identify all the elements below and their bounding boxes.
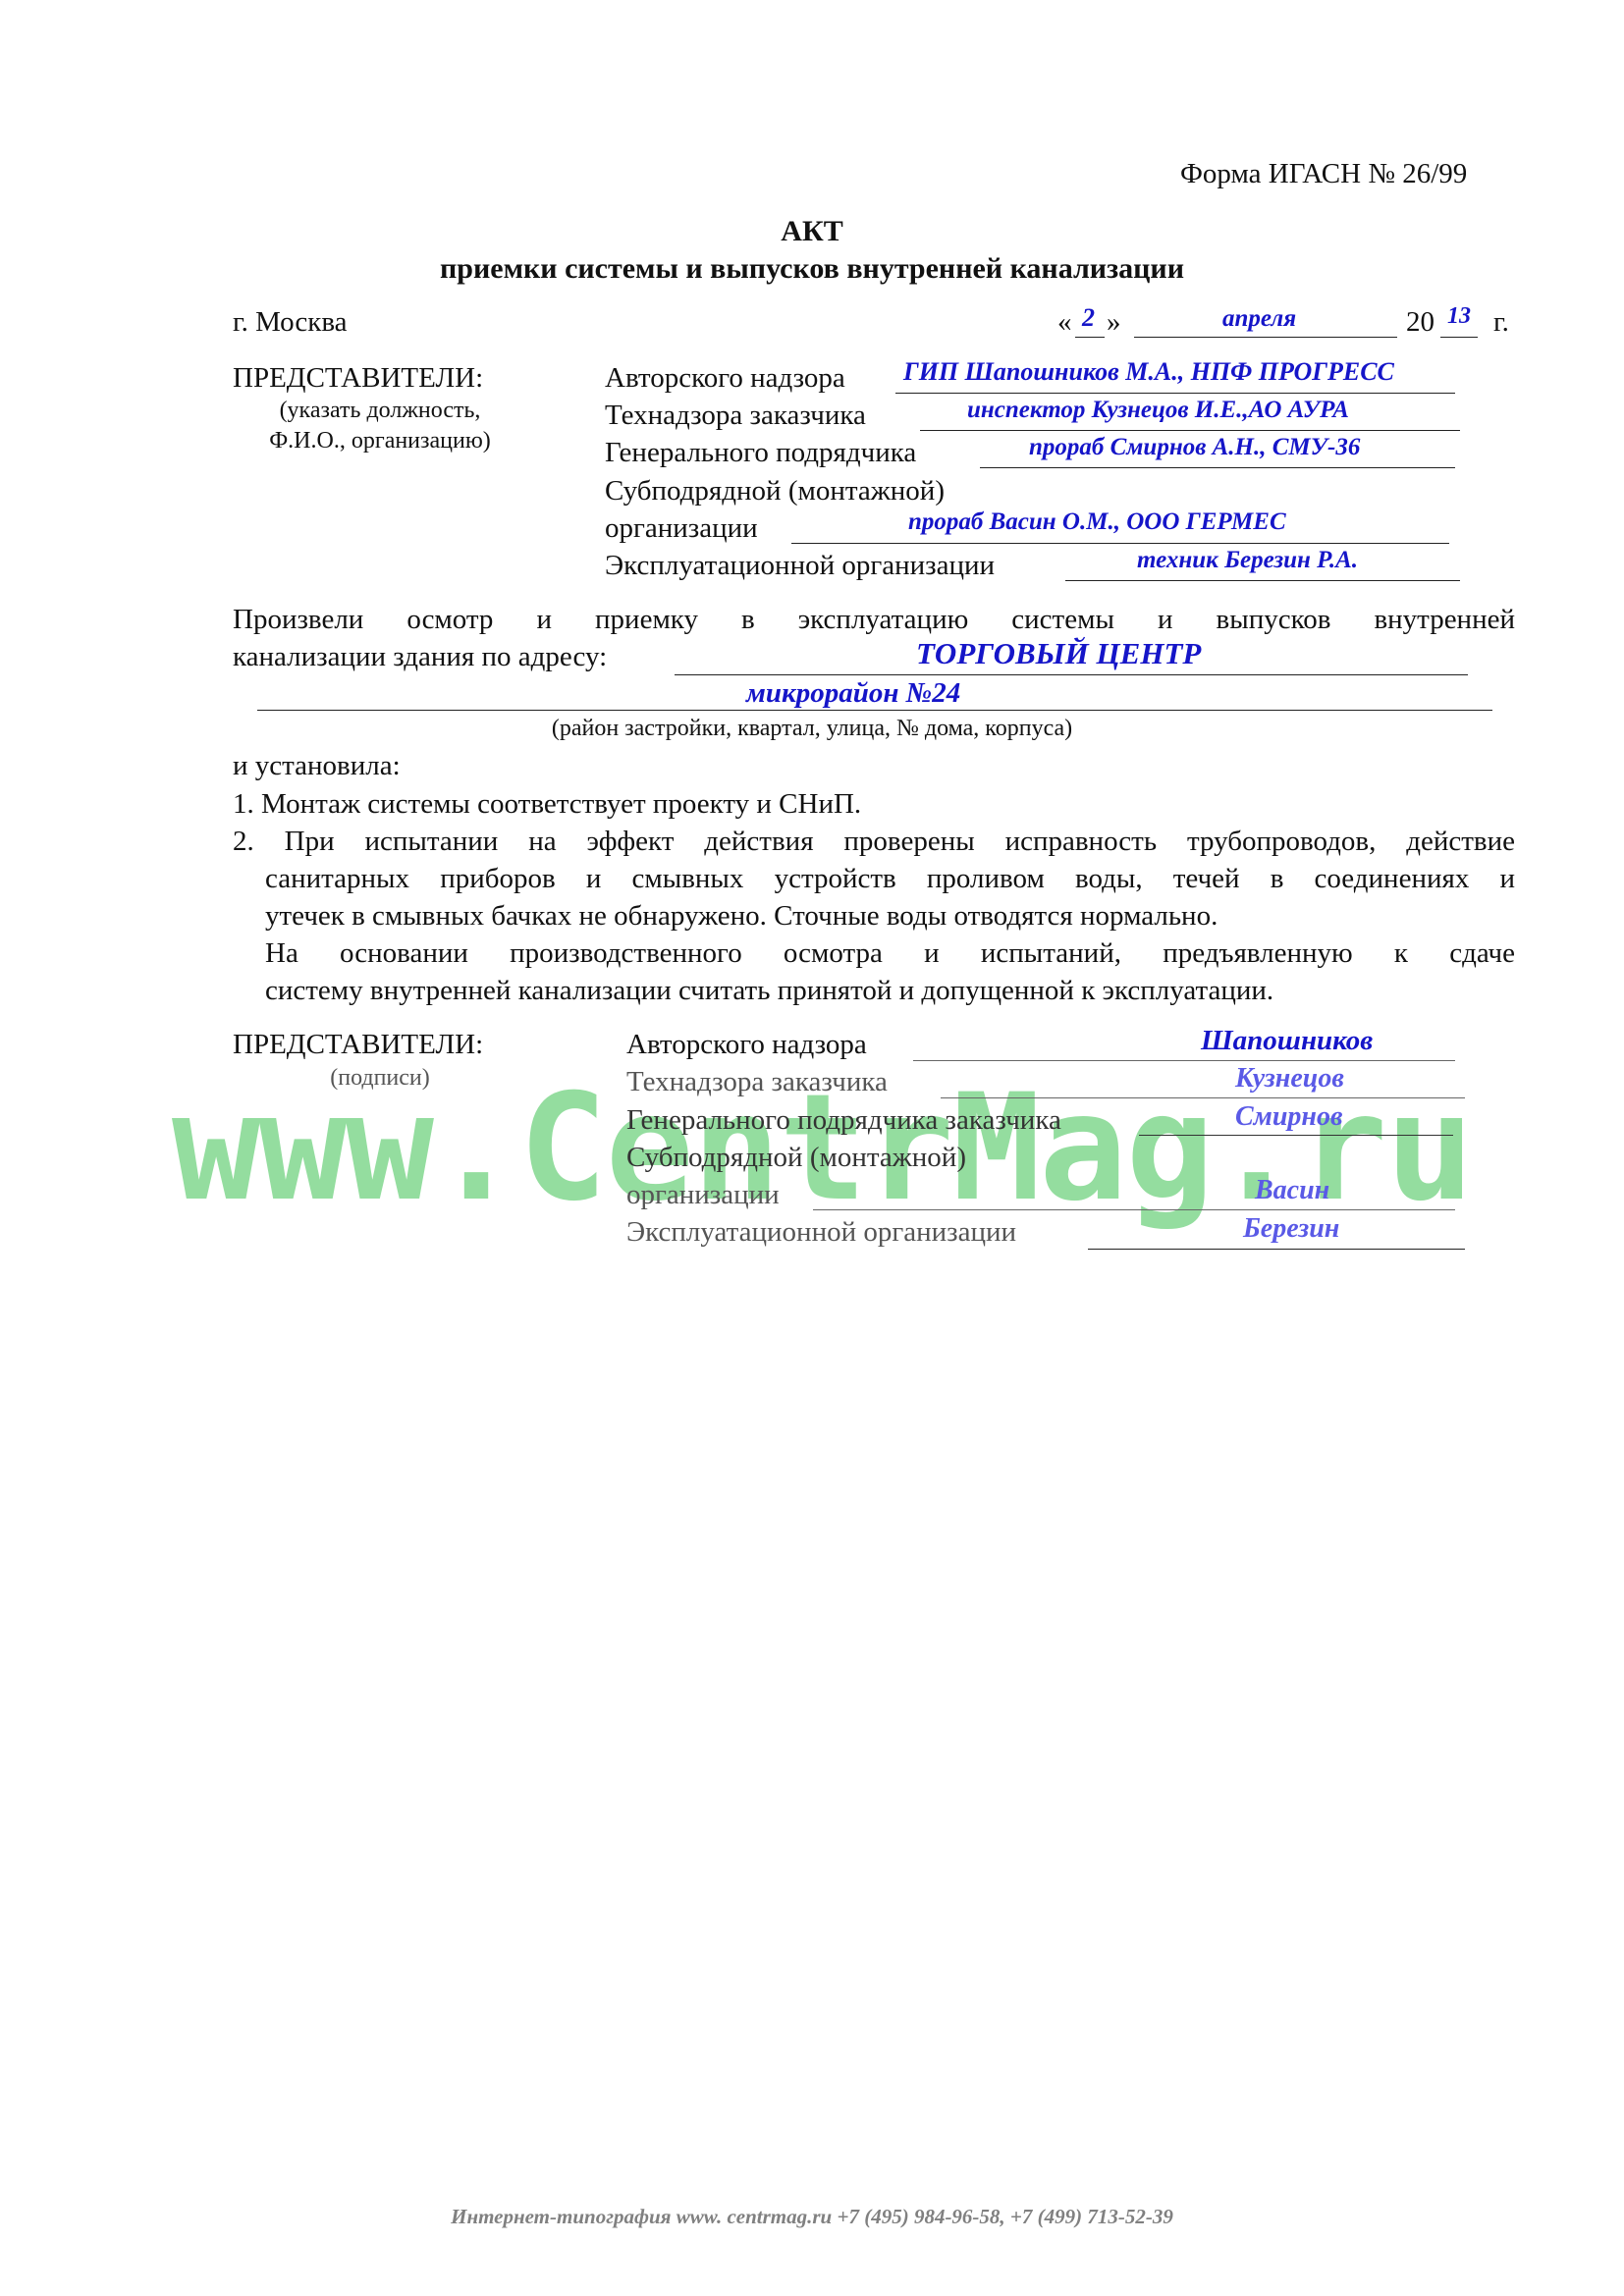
form-number: Форма ИГАСН № 26/99: [1180, 160, 1467, 188]
signature-value[interactable]: Березин: [1243, 1213, 1339, 1245]
address-underline-1: [675, 674, 1468, 675]
representatives-heading: ПРЕДСТАВИТЕЛИ:: [233, 364, 483, 393]
address-line-1[interactable]: ТОРГОВЫЙ ЦЕНТР: [916, 636, 1201, 671]
day-underline: [1075, 337, 1105, 338]
date-year-suffix[interactable]: 13: [1447, 303, 1471, 330]
findings-item-2-line-3: утечек в смывных бачках не обнаружено. С…: [265, 902, 1218, 931]
signature-value[interactable]: Кузнецов: [1235, 1063, 1344, 1095]
signature-label: Технадзора заказчика: [626, 1068, 888, 1096]
representative-label: Генерального подрядчика: [605, 439, 916, 467]
field-underline: [920, 430, 1460, 431]
signature-underline: [1139, 1135, 1453, 1136]
address-hint: (район застройки, квартал, улица, № дома…: [0, 716, 1624, 742]
representative-value[interactable]: прораб Смирнов А.Н., СМУ-36: [1029, 434, 1360, 461]
signature-label: Авторского надзора: [626, 1031, 867, 1059]
representative-value[interactable]: прораб Васин О.М., ООО ГЕРМЕС: [908, 508, 1286, 536]
conclusion-line-1: На основании производственного осмотра и…: [265, 939, 1515, 968]
address-line-2[interactable]: микрорайон №24: [746, 677, 960, 710]
inspection-address-label: канализации здания по адресу:: [233, 643, 607, 671]
representative-label: Эксплуатационной организации: [605, 552, 995, 580]
date-year-label: г.: [1493, 308, 1509, 337]
date-month[interactable]: апреля: [1222, 305, 1296, 333]
signature-underline: [813, 1209, 1455, 1210]
inspection-line-1: Произвели осмотр и приемку в эксплуатаци…: [233, 606, 1515, 634]
signature-label: Эксплуатационной организации: [626, 1218, 1016, 1247]
city: г. Москва: [233, 308, 348, 337]
signature-value[interactable]: Шапошников: [1201, 1025, 1373, 1057]
representative-value[interactable]: ГИП Шапошников М.А., НПФ ПРОГРЕСС: [903, 357, 1394, 387]
address-underline-2: [257, 710, 1492, 711]
representatives-hint-2: Ф.И.О., организацию): [233, 428, 527, 454]
representatives-hint-1: (указать должность,: [233, 398, 527, 424]
findings-item-1: 1. Монтаж системы соответствует проекту …: [233, 790, 861, 819]
representative-label: организации: [605, 514, 758, 543]
representative-label: Субподрядной (монтажной): [605, 477, 945, 506]
document-subtitle: приемки системы и выпусков внутренней ка…: [0, 252, 1624, 286]
footer-printing-info: Интернет-типография www. centrmag.ru +7 …: [0, 2205, 1624, 2229]
field-underline: [1065, 580, 1460, 581]
signature-underline: [1088, 1249, 1465, 1250]
signature-value[interactable]: Васин: [1255, 1175, 1329, 1206]
findings-item-2-line-1: 2. При испытании на эффект действия пров…: [233, 828, 1515, 856]
findings-intro: и установила:: [233, 752, 401, 780]
signature-label: Генерального подрядчика заказчика: [626, 1106, 1061, 1135]
signature-underline: [941, 1097, 1465, 1098]
signature-label: организации: [626, 1181, 780, 1209]
date-day[interactable]: 2: [1082, 303, 1095, 333]
signature-underline: [913, 1060, 1455, 1061]
representative-label: Технадзора заказчика: [605, 401, 866, 430]
date-year-prefix: 20: [1406, 308, 1435, 337]
conclusion-line-2: систему внутренней канализации считать п…: [265, 977, 1273, 1005]
year-underline: [1440, 337, 1478, 338]
field-underline: [895, 393, 1455, 394]
month-underline: [1134, 337, 1397, 338]
signature-value[interactable]: Смирнов: [1235, 1101, 1342, 1133]
representative-label: Авторского надзора: [605, 364, 845, 393]
representative-value[interactable]: инспектор Кузнецов И.Е.,АО АУРА: [967, 397, 1349, 424]
signature-label: Субподрядной (монтажной): [626, 1144, 966, 1172]
date-open-quote: «: [1057, 308, 1072, 337]
findings-item-2-line-2: санитарных приборов и смывных устройств …: [265, 865, 1515, 893]
signatures-heading: ПРЕДСТАВИТЕЛИ:: [233, 1031, 483, 1059]
field-underline: [791, 543, 1449, 544]
document-title: АКТ: [0, 215, 1624, 248]
representative-value[interactable]: техник Березин Р.А.: [1137, 547, 1358, 574]
field-underline: [980, 467, 1455, 468]
date-close-quote: »: [1107, 308, 1121, 337]
